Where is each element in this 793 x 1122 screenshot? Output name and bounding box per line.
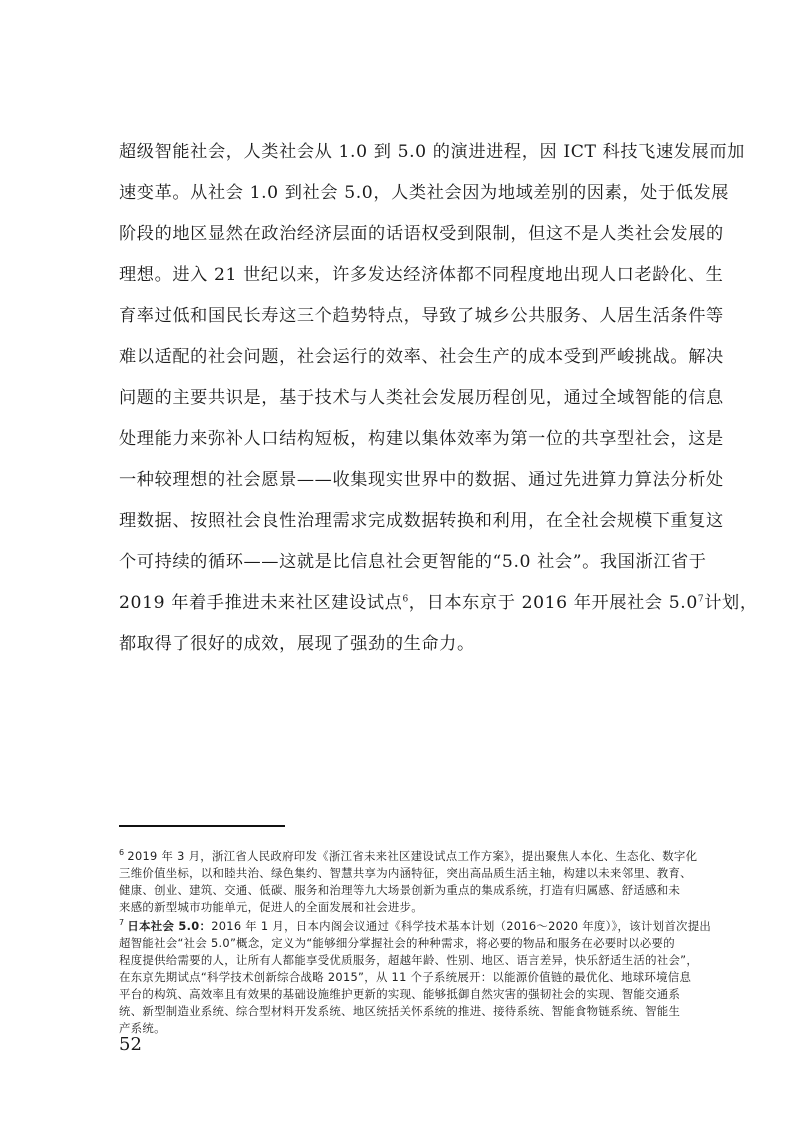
footnote-text: 统、新型制造业系统、综合型材料开发系统、地区统括关怀系统的推进、接待系统、智能食… <box>119 1003 699 1020</box>
body-line: 个可持续的循环——这就是比信息社会更智能的“5.0 社会”。我国浙江省于 <box>119 552 679 572</box>
footnote-text: 健康、创业、建筑、交通、低碳、服务和治理等九大场景创新为重点的集成系统，打造有归… <box>119 882 699 899</box>
footnote-text: 2019 年 3 月，浙江省人民政府印发《浙江省未来社区建设试点工作方案》，提出… <box>127 849 697 863</box>
page-number: 52 <box>119 1034 142 1055</box>
footnote-text: 平台的构筑、高效率且有效果的基础设施维护更新的实现、能够抵御自然灾害的强韧社会的… <box>119 986 699 1003</box>
body-line: 一种较理想的社会愿景——收集现实世界中的数据、通过先进算力算法分析处 <box>119 470 679 490</box>
footnote-text: 产系统。 <box>119 1020 699 1037</box>
body-line: 2019 年着手推进未来社区建设试点6，日本东京于 2016 年开展社会 5.0… <box>119 593 679 613</box>
body-line: 超级智能社会，人类社会从 1.0 到 5.0 的演进进程，因 ICT 科技飞速发… <box>119 142 679 162</box>
body-text-segment: 计划， <box>704 593 757 613</box>
body-line: 处理能力来弥补人口结构短板，构建以集体效率为第一位的共享型社会，这是 <box>119 429 679 449</box>
footnote-7: 7日本社会 5.0：2016 年 1 月，日本内阁会议通过《科学技术基本计划（2… <box>119 918 699 1037</box>
footnote-text: 来感的新型城市功能单元，促进人的全面发展和社会进步。 <box>119 899 699 916</box>
body-line: 都取得了很好的成效，展现了强劲的生命力。 <box>119 634 679 654</box>
body-line: 问题的主要共识是，基于技术与人类社会发展历程创见，通过全域智能的信息 <box>119 388 679 408</box>
footnote-mark: 7 <box>119 918 124 927</box>
body-line: 育率过低和国民长寿这三个趋势特点，导致了城乡公共服务、人居生活条件等 <box>119 306 679 326</box>
footnote-divider <box>119 825 285 827</box>
body-line: 难以适配的社会问题，社会运行的效率、社会生产的成本受到严峻挑战。解决 <box>119 347 679 367</box>
footnote-mark: 6 <box>119 848 124 857</box>
body-line: 理数据、按照社会良性治理需求完成数据转换和利用，在全社会规模下重复这 <box>119 511 679 531</box>
footnote-text: 程度提供给需要的人，让所有人都能享受优质服务，超越年龄、性别、地区、语言差异，快… <box>119 952 699 969</box>
body-text-segment: 2019 年着手推进未来社区建设试点 <box>119 593 402 613</box>
body-text-segment: ，日本东京于 2016 年开展社会 5.0 <box>409 593 698 613</box>
body-line: 阶段的地区显然在政治经济层面的话语权受到限制，但这不是人类社会发展的 <box>119 224 679 244</box>
footnote-6: 62019 年 3 月，浙江省人民政府印发《浙江省未来社区建设试点工作方案》，提… <box>119 848 699 916</box>
footnote-text: 在东京先期试点“科学技术创新综合战略 2015”，从 11 个子系统展开：以能源… <box>119 969 699 986</box>
footnote-title: 日本社会 5.0： <box>127 919 211 933</box>
body-line: 理想。进入 21 世纪以来，许多发达经济体都不同程度地出现人口老龄化、生 <box>119 265 679 285</box>
footnote-text: 三维价值坐标，以和睦共治、绿色集约、智慧共享为内涵特征，突出高品质生活主轴，构建… <box>119 865 699 882</box>
footnote-text: 2016 年 1 月，日本内阁会议通过《科学技术基本计划（2016～2020 年… <box>211 919 711 933</box>
body-line: 速变革。从社会 1.0 到社会 5.0，人类社会因为地域差别的因素，处于低发展 <box>119 183 679 203</box>
footnote-text: 超智能社会“社会 5.0”概念，定义为“能够细分掌握社会的种种需求，将必要的物品… <box>119 935 699 952</box>
